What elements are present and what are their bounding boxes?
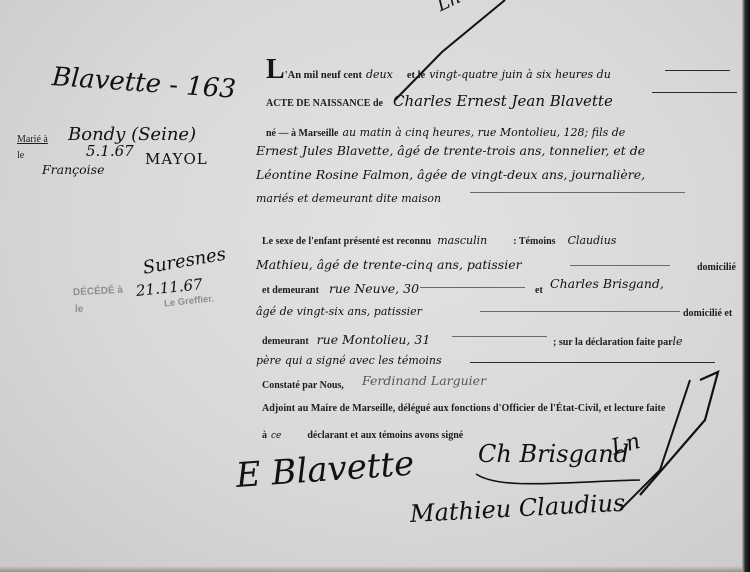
- printed-and: et: [535, 285, 543, 296]
- residence-handwritten: mariés et demeurant dite maison: [256, 192, 441, 205]
- child-name-handwritten: Charles Ernest Jean Blavette: [393, 92, 613, 110]
- act-line-11: demeurant rue Montolieu, 31: [262, 331, 430, 349]
- fill-rule: [480, 311, 680, 312]
- married-label: Marié à: [17, 134, 48, 145]
- printed-domiciled: domicilié: [697, 262, 736, 273]
- printed-deputy-mayor: Adjoint au Maire de Marseille, délégué a…: [262, 403, 665, 414]
- signed-with-witnesses-handwritten: père qui a signé avec les témoins: [256, 354, 442, 367]
- drop-cap: L: [266, 54, 285, 85]
- fill-rule: [652, 92, 737, 93]
- printed-on-declaration: ; sur la déclaration faite par: [553, 337, 673, 348]
- marriage-date-label: le: [17, 150, 24, 161]
- officer-name-handwritten: Ferdinand Larguier: [362, 373, 486, 388]
- witness2-details-handwritten: âgé de vingt-six ans, patissier: [256, 305, 422, 318]
- witness1-first-name: Claudius: [568, 234, 617, 247]
- witness2-address-handwritten: rue Montolieu, 31: [317, 332, 431, 347]
- witness1-address-handwritten: rue Neuve, 30: [329, 281, 419, 296]
- printed-domiciled-and: domicilié et: [683, 308, 732, 319]
- sex-handwritten: masculin: [437, 234, 487, 247]
- act-line-7: Le sexe de l'enfant présenté est reconnu…: [262, 231, 616, 249]
- fill-rule: [570, 265, 670, 266]
- act-line-11-end: ; sur la déclaration faite parle: [553, 332, 683, 350]
- fill-rule: [470, 192, 685, 193]
- act-line-9: et demeurant rue Neuve, 30: [262, 280, 419, 298]
- act-line-3: né — à Marseille au matin à cinq heures,…: [266, 123, 625, 141]
- father-details-handwritten: Ernest Jules Blavette, âgé de trente-tro…: [256, 143, 645, 158]
- act-line-2: ACTE DE NAISSANCE de Charles Ernest Jean…: [266, 92, 613, 111]
- spouse-surname: MAYOL: [145, 150, 208, 168]
- printed-sex-of-child: Le sexe de l'enfant présenté est reconnu: [262, 236, 431, 247]
- act-line-1: L'An mil neuf cent deux et le vingt-quat…: [266, 56, 611, 84]
- printed-and-residing: et demeurant: [262, 285, 319, 296]
- fill-rule: [665, 70, 730, 71]
- act-line-15: à ce déclarant et aux témoins avons sign…: [262, 425, 463, 443]
- printed-to: à: [262, 430, 267, 441]
- spouse-first-name: Françoise: [42, 162, 105, 177]
- birth-details-handwritten: au matin à cinq heures, rue Montolieu, 1…: [342, 126, 625, 139]
- marriage-date: 5.1.67: [86, 142, 134, 160]
- printed-witnesses: : Témoins: [513, 236, 555, 247]
- witness2-signature: Ch Brisgand: [478, 440, 629, 468]
- handwritten-ce: ce: [271, 431, 281, 441]
- printed-act-of-birth: ACTE DE NAISSANCE de: [266, 98, 383, 109]
- declarant-handwritten: le: [673, 335, 683, 348]
- witness2-name-handwritten: Charles Brisgand,: [550, 276, 664, 291]
- printed-year-prefix: 'An mil neuf cent: [285, 70, 362, 81]
- date-handwritten: vingt-quatre juin à six heures du: [429, 68, 611, 81]
- printed-born-marseille: né — à Marseille: [266, 128, 338, 139]
- printed-certified-by: Constaté par Nous,: [262, 380, 344, 391]
- death-date-label: le: [75, 304, 83, 315]
- printed-declarant-and-witnesses: déclarant et aux témoins avons signé: [307, 430, 463, 441]
- fill-rule: [420, 287, 525, 288]
- fill-rule: [452, 336, 547, 337]
- printed-and-the: et le: [407, 70, 425, 81]
- mother-details-handwritten: Léontine Rosine Falmon, âgée de vingt-de…: [256, 167, 645, 182]
- printed-residing: demeurant: [262, 336, 309, 347]
- fill-rule: [470, 362, 715, 363]
- year-handwritten: deux: [366, 68, 393, 81]
- witness1-details-handwritten: Mathieu, âgé de trente-cinq ans, patissi…: [256, 257, 522, 272]
